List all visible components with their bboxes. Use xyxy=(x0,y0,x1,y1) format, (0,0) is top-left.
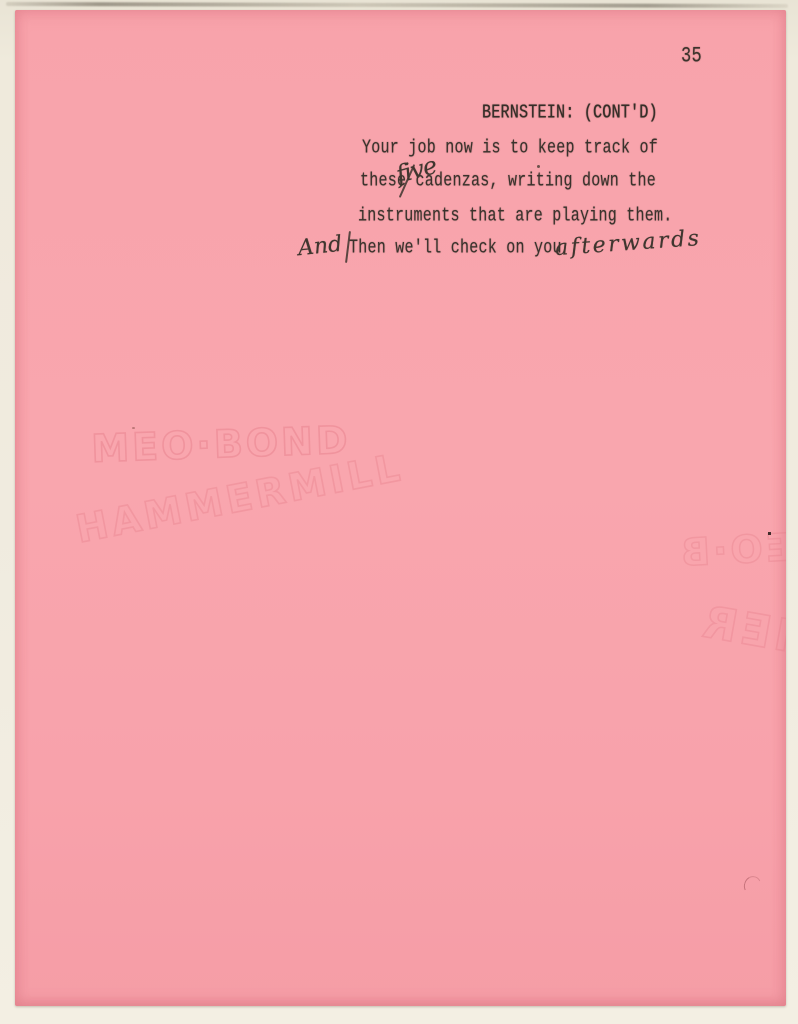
speaker-heading: BERNSTEIN: (CONT'D) xyxy=(482,102,658,124)
watermark-mimeo-bond-right-mirrored: MIMEO·B xyxy=(578,476,786,624)
crescent-impression-mark xyxy=(741,874,763,897)
watermark-hammermill-left: HAMMERMILL xyxy=(15,402,415,615)
handwritten-and: And xyxy=(297,232,344,261)
photo-background: MEO·BOND HAMMERMILL MIMEO·B HAMMER 35 BE… xyxy=(0,0,798,1024)
handwritten-afterwards: afterwards xyxy=(554,226,702,261)
stray-ink-dot xyxy=(537,165,540,168)
typed-line-4: Then we'll check on you xyxy=(349,237,562,259)
paper-speck-left xyxy=(132,427,135,429)
typed-line-3: instruments that are playing them. xyxy=(358,205,673,227)
watermark-mimeo-bond-left: MEO·BOND xyxy=(15,374,353,518)
watermark-hammermill-right-mirrored: HAMMER xyxy=(572,526,786,740)
paper-top-edge-shadow xyxy=(6,2,788,8)
page-number: 35 xyxy=(681,46,702,68)
typed-line-1: Your job now is to keep track of xyxy=(362,137,658,159)
script-page: MEO·BOND HAMMERMILL MIMEO·B HAMMER 35 BE… xyxy=(15,10,786,1006)
paper-speck-right xyxy=(768,532,771,535)
